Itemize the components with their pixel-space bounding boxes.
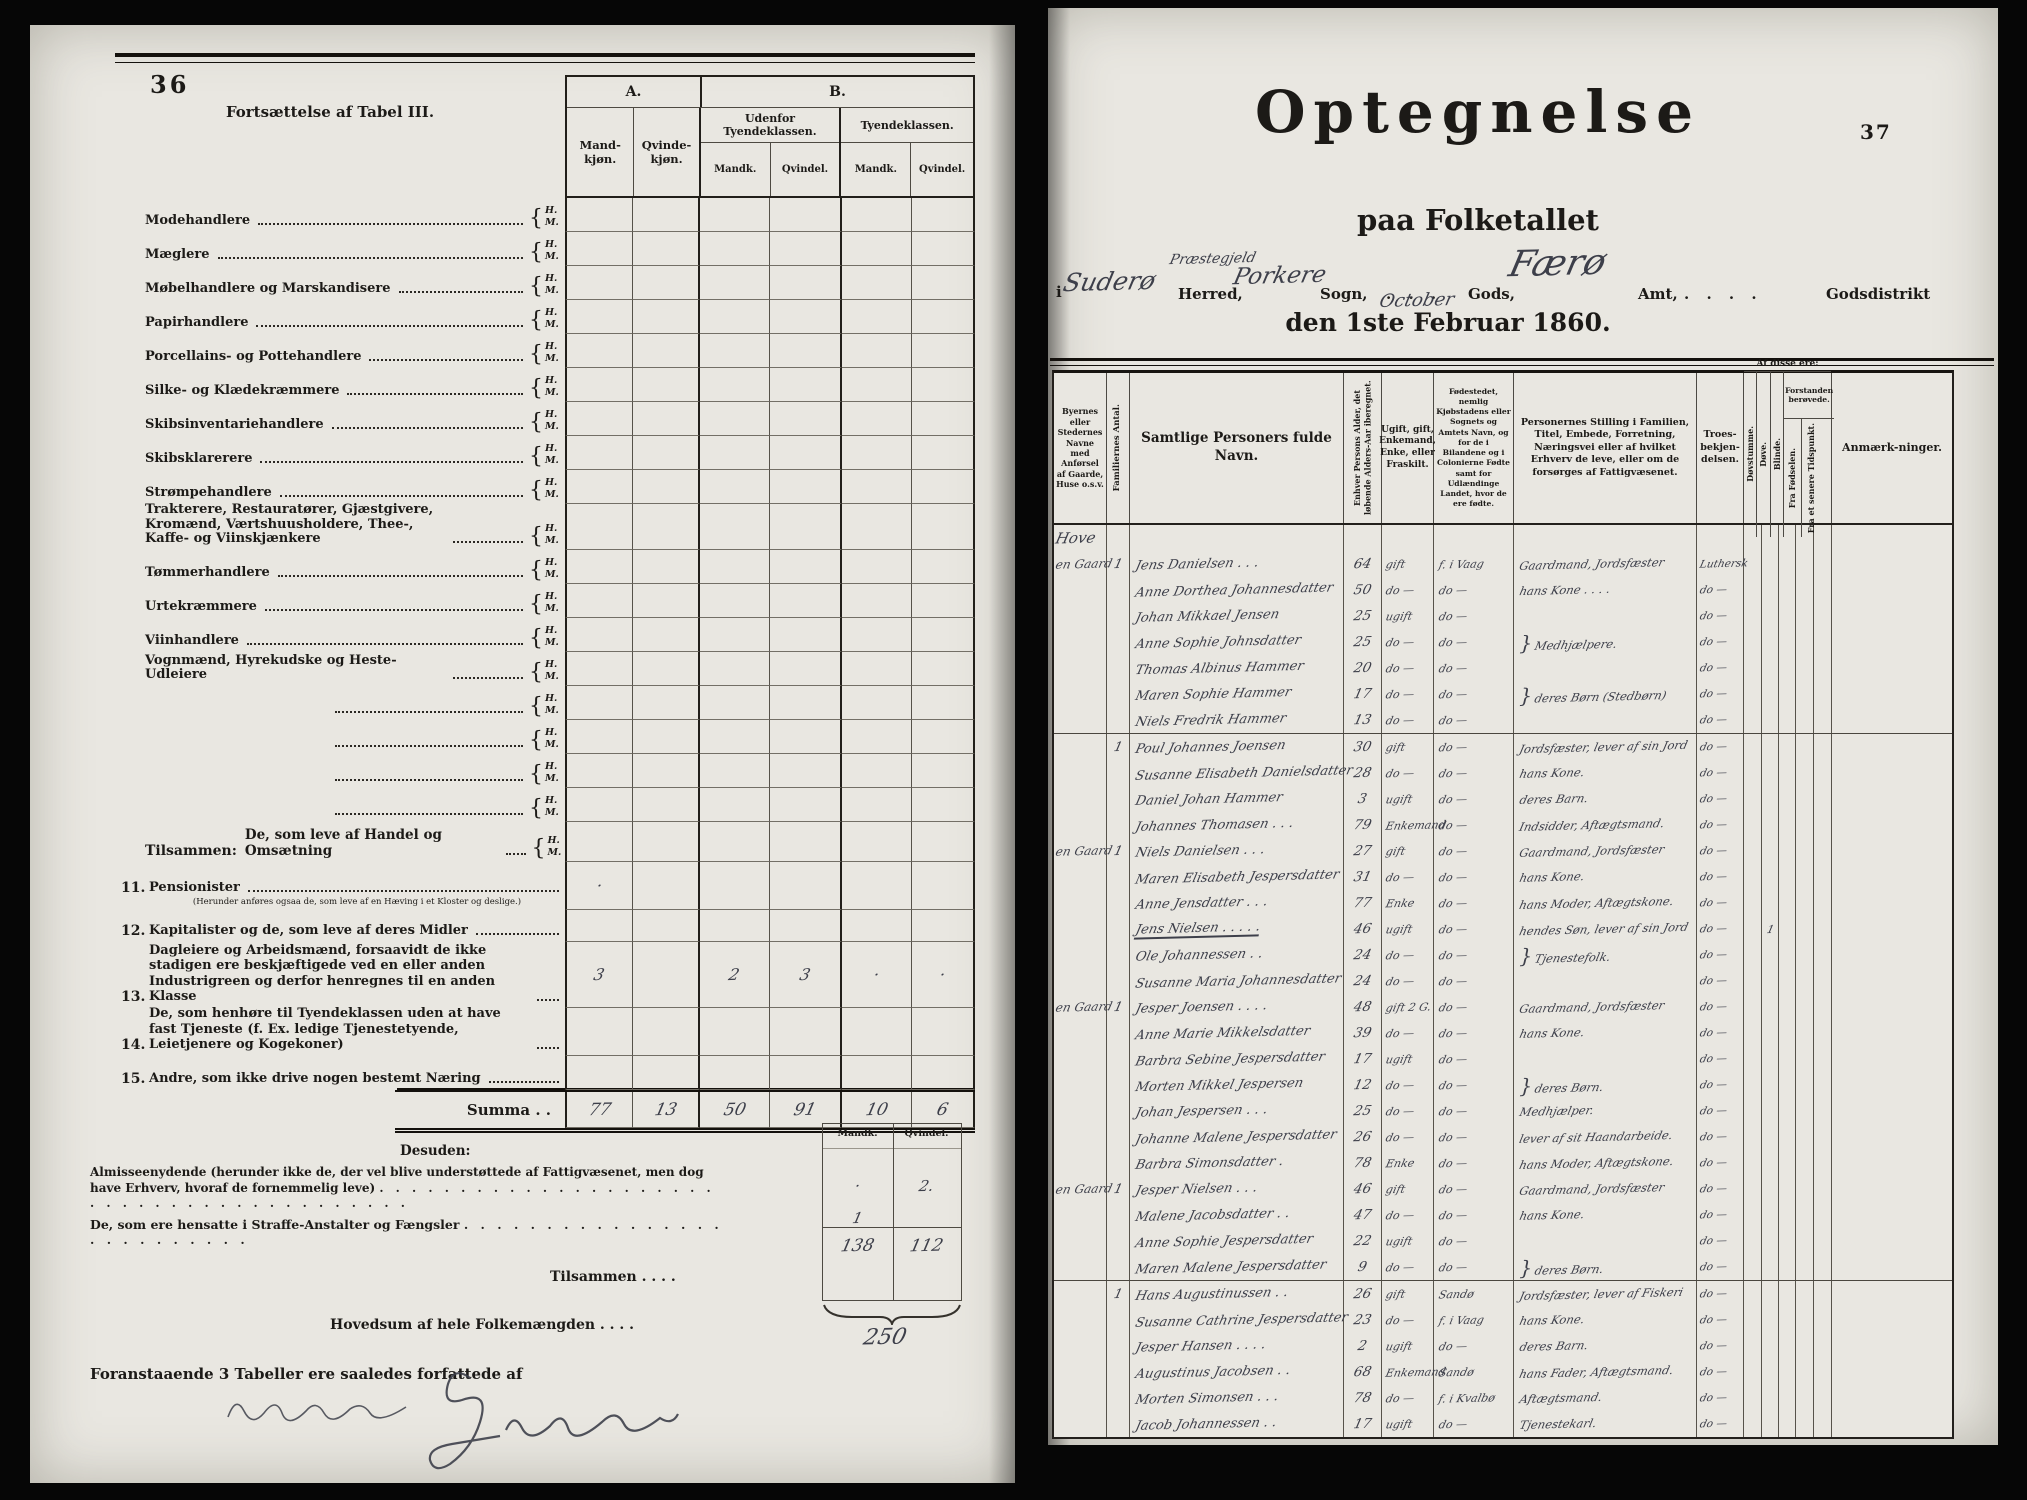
cell-blinde xyxy=(1779,1124,1796,1150)
column-alder: Enhver Persons Alder, det løbende Alders… xyxy=(1351,375,1374,521)
cell-forstanden-senere xyxy=(1814,760,1832,786)
cell-stilling: Aftægtsmand. xyxy=(1514,1385,1697,1411)
cell-blinde xyxy=(1779,681,1796,707)
cell-anmaerkninger xyxy=(1832,942,1952,968)
dotted-leader xyxy=(260,461,523,463)
person-row: Augustinus Jacobsen . . 68 Enkemand Sand… xyxy=(1054,1359,1952,1385)
cell-alder: 20 xyxy=(1344,655,1382,681)
hm-brace: { xyxy=(529,731,543,751)
occupation-label: Vognmænd, Hyrekudske og Heste-Udleiere xyxy=(145,654,445,683)
cell-fodested: Sandø xyxy=(1434,1359,1514,1385)
hm-h: H. xyxy=(545,341,565,353)
cell xyxy=(700,470,770,504)
cell-civilstand: ugift xyxy=(1382,1046,1434,1072)
cell-blinde xyxy=(1779,968,1796,994)
cell-alder: 79 xyxy=(1344,812,1382,838)
cell-forstanden-fodsel xyxy=(1796,603,1814,629)
cell-blinde xyxy=(1779,1046,1796,1072)
cell-forstanden-senere xyxy=(1814,942,1832,968)
tilsammen-text: De, som leve af Handel og Omsætning xyxy=(245,827,498,859)
dotted-leader xyxy=(335,779,523,781)
cell xyxy=(912,686,975,720)
cell-sted xyxy=(1054,629,1107,655)
cell-civilstand: ugift xyxy=(1382,786,1434,812)
cell-fodested: do — xyxy=(1434,707,1514,733)
dotted-leader xyxy=(347,393,523,395)
cell-sted xyxy=(1054,942,1107,968)
cell xyxy=(842,232,912,266)
cell-fodested: do — xyxy=(1434,1046,1514,1072)
cell xyxy=(700,754,770,788)
cell xyxy=(842,822,912,862)
cell-civilstand: gift xyxy=(1382,551,1434,577)
cell-forstanden-fodsel xyxy=(1796,838,1814,864)
hm-m: M. xyxy=(548,847,565,859)
cell-alder: 30 xyxy=(1344,734,1382,760)
item-label: Andre, som ikke drive nogen bestemt Næri… xyxy=(149,1071,481,1087)
cell-forstanden-senere xyxy=(1814,1150,1832,1176)
cell-alder: 77 xyxy=(1344,890,1382,916)
cell-dove xyxy=(1762,1254,1779,1280)
cell-dove xyxy=(1762,1176,1779,1202)
cell-familie-antal xyxy=(1107,1411,1130,1437)
occupation-label-cell: Modehandlere { H.M. xyxy=(115,198,565,232)
occupation-table: A. B. Mand-kjøn. Qvinde-kjøn. Udenfor Ty… xyxy=(115,75,975,1133)
cell-stilling: Medhjælper. xyxy=(1514,1098,1697,1124)
cell: · xyxy=(565,862,633,910)
person-row: Susanne Maria Johannesdatter 24 do — do … xyxy=(1054,968,1952,994)
census-date: den 1ste Februar 1860. xyxy=(1278,308,1618,337)
cell-stilling: }deres Børn (Stedbørn) xyxy=(1514,681,1697,707)
cell-anmaerkninger xyxy=(1832,1228,1952,1254)
cell-navn: Morten Mikkel Jespersen xyxy=(1130,1072,1344,1098)
cell-forstanden-senere xyxy=(1814,1281,1832,1307)
cell-stilling xyxy=(1514,707,1697,733)
cell-familie-antal xyxy=(1107,968,1130,994)
cell-alder: 3 xyxy=(1344,786,1382,812)
occupation-label-cell: Vognmænd, Hyrekudske og Heste-Udleiere {… xyxy=(115,652,565,686)
cell-dove xyxy=(1762,1020,1779,1046)
column-group-a: A. xyxy=(567,77,702,107)
cell: 2 xyxy=(700,942,770,1008)
numbered-item-row: 13. Dagleiere og Arbeidsmænd, forsaavidt… xyxy=(115,942,975,1008)
header-grid: A. B. Mand-kjøn. Qvinde-kjøn. Udenfor Ty… xyxy=(565,75,975,198)
dotted-leader xyxy=(506,853,526,855)
dotted-leader xyxy=(453,677,523,679)
cell-civilstand: gift xyxy=(1382,838,1434,864)
occupation-label: Modehandlere xyxy=(145,214,250,229)
cell-dovstumme xyxy=(1744,603,1762,629)
cell-familie-antal xyxy=(1107,1098,1130,1124)
cell-anmaerkninger xyxy=(1832,890,1952,916)
cell xyxy=(842,584,912,618)
cell-blinde xyxy=(1779,1333,1796,1359)
cell xyxy=(912,436,975,470)
tilsammen-label-cell: Tilsammen: De, som leve af Handel og Oms… xyxy=(115,822,565,862)
cell-fodested: do — xyxy=(1434,577,1514,603)
cell-civilstand: Enkemand xyxy=(1382,1359,1434,1385)
cell-civilstand: gift xyxy=(1382,734,1434,760)
cell-anmaerkninger xyxy=(1832,786,1952,812)
cell-stilling xyxy=(1514,1228,1697,1254)
dotted-leader xyxy=(335,711,523,713)
cell-alder: 9 xyxy=(1344,1254,1382,1280)
hm-h: H. xyxy=(545,375,565,387)
cell-alder: 64 xyxy=(1344,551,1382,577)
cell-dovstumme xyxy=(1744,1202,1762,1228)
person-row: Susanne Elisabeth Danielsdatter 28 do — … xyxy=(1054,760,1952,786)
cell-alder: 2 xyxy=(1344,1333,1382,1359)
cell xyxy=(565,720,633,754)
tyende-label: Tyendeklassen. xyxy=(841,108,973,143)
cell-fodested: do — xyxy=(1434,1411,1514,1437)
cell-alder: 46 xyxy=(1344,1176,1382,1202)
occupation-row: { H.M. xyxy=(115,754,975,788)
udenfor-label: Udenfor Tyendeklassen. xyxy=(701,108,840,143)
cell-forstanden-fodsel xyxy=(1796,707,1814,733)
cell-troesbekjendelse: do — xyxy=(1697,1281,1744,1307)
occupation-label-cell: { H.M. xyxy=(115,754,565,788)
hm-h: H. xyxy=(545,625,565,637)
cell-anmaerkninger xyxy=(1832,551,1952,577)
cell-dovstumme xyxy=(1744,1046,1762,1072)
cell-alder: 24 xyxy=(1344,942,1382,968)
person-row: Barbra Sebine Jespersdatter 17 ugift do … xyxy=(1054,1046,1952,1072)
cell-civilstand: do — xyxy=(1382,577,1434,603)
cell-dove xyxy=(1762,1411,1779,1437)
cell-blinde xyxy=(1779,734,1796,760)
cell xyxy=(633,436,700,470)
cell xyxy=(770,862,842,910)
hm-m: M. xyxy=(545,421,565,433)
cell xyxy=(770,1056,842,1090)
numbered-items: 11. Pensionister (Herunder anføres ogsaa… xyxy=(115,862,975,1090)
column-fodested: Fødestedet, nemlig Kjøbstadens eller Sog… xyxy=(1434,373,1514,523)
cell-dovstumme xyxy=(1744,838,1762,864)
occupation-label: Viinhandlere xyxy=(145,634,239,649)
cell-forstanden-fodsel xyxy=(1796,577,1814,603)
column-qvindekjon: Qvinde-kjøn. xyxy=(634,108,700,196)
cell-dovstumme xyxy=(1744,1359,1762,1385)
cell xyxy=(565,618,633,652)
cell-blinde xyxy=(1779,1202,1796,1228)
cell-fodested: do — xyxy=(1434,942,1514,968)
cell-dovstumme xyxy=(1744,655,1762,681)
occupation-label-cell: Silke- og Klædekræmmere { H.M. xyxy=(115,368,565,402)
cell-dove xyxy=(1762,681,1779,707)
cell-stilling: }deres Børn. xyxy=(1514,1072,1697,1098)
cell-dovstumme xyxy=(1744,942,1762,968)
cell-navn: Johan Jespersen . . . xyxy=(1130,1098,1344,1124)
cell-forstanden-fodsel xyxy=(1796,1228,1814,1254)
right-page-number: 37 xyxy=(1860,120,1892,144)
cell-sted xyxy=(1054,1098,1107,1124)
cell-alder: 31 xyxy=(1344,864,1382,890)
cell-dovstumme xyxy=(1744,864,1762,890)
cell-anmaerkninger xyxy=(1832,655,1952,681)
cell-stilling: deres Barn. xyxy=(1514,786,1697,812)
straffe-mandl: 1 xyxy=(821,1208,894,1228)
cell xyxy=(770,686,842,720)
cell-familie-antal xyxy=(1107,577,1130,603)
cell-blinde xyxy=(1779,994,1796,1020)
cell xyxy=(770,368,842,402)
person-row: Anne Dorthea Johannesdatter 50 do — do —… xyxy=(1054,577,1952,603)
cell xyxy=(700,232,770,266)
dots: . . . . xyxy=(1684,285,1763,303)
cell-fodested: do — xyxy=(1434,1254,1514,1280)
cell xyxy=(842,862,912,910)
cell-anmaerkninger xyxy=(1832,838,1952,864)
cell-sted xyxy=(1054,707,1107,733)
cell-stilling: Gaardmand, Jordsfæster xyxy=(1514,994,1697,1020)
cell-civilstand: do — xyxy=(1382,681,1434,707)
cell-sted xyxy=(1054,890,1107,916)
cell-sted xyxy=(1054,1202,1107,1228)
occupation-row: Mæglere { H.M. xyxy=(115,232,975,266)
cell-troesbekjendelse: do — xyxy=(1697,760,1744,786)
person-row: Susanne Cathrine Jespersdatter 23 do — f… xyxy=(1054,1307,1952,1333)
occupation-row: Urtekræmmere { H.M. xyxy=(115,584,975,618)
cell-troesbekjendelse: do — xyxy=(1697,681,1744,707)
cell-troesbekjendelse: do — xyxy=(1697,812,1744,838)
person-row: Daniel Johan Hammer 3 ugift do — deres B… xyxy=(1054,786,1952,812)
cell-blinde xyxy=(1779,1228,1796,1254)
cell-familie-antal xyxy=(1107,1307,1130,1333)
person-row: Malene Jacobsdatter . . 47 do — do — han… xyxy=(1054,1202,1952,1228)
cell-troesbekjendelse: do — xyxy=(1697,1333,1744,1359)
cell-forstanden-fodsel xyxy=(1796,1098,1814,1124)
cell-alder: 27 xyxy=(1344,838,1382,864)
cell xyxy=(700,652,770,686)
numbered-item-row: 12. Kapitalister og de, som leve af dere… xyxy=(115,910,975,942)
cell-troesbekjendelse: do — xyxy=(1697,864,1744,890)
hm-h: H. xyxy=(545,307,565,319)
desuden-title: Desuden: xyxy=(400,1143,471,1159)
cell xyxy=(633,470,700,504)
cell xyxy=(770,436,842,470)
item-label: Pensionister xyxy=(149,880,240,896)
cell-civilstand: ugift xyxy=(1382,1411,1434,1437)
cell-blinde xyxy=(1779,551,1796,577)
numbered-item-row: 15. Andre, som ikke drive nogen bestemt … xyxy=(115,1056,975,1090)
cell xyxy=(633,862,700,910)
cell-dovstumme xyxy=(1744,1254,1762,1280)
occupation-label: Silke- og Klædekræmmere xyxy=(145,384,339,399)
cell-anmaerkninger xyxy=(1832,916,1952,942)
cell xyxy=(565,470,633,504)
cell-dove xyxy=(1762,1359,1779,1385)
cell-anmaerkninger xyxy=(1832,1046,1952,1072)
occupation-row: Papirhandlere { H.M. xyxy=(115,300,975,334)
cell-dove xyxy=(1762,1202,1779,1228)
cell-sted xyxy=(1054,1333,1107,1359)
person-row: Jens Nielsen . . . . . 46 ugift do — hen… xyxy=(1054,916,1952,942)
cell-civilstand: do — xyxy=(1382,1307,1434,1333)
cell-dovstumme xyxy=(1744,1020,1762,1046)
cell xyxy=(842,198,912,232)
cell-anmaerkninger xyxy=(1832,1333,1952,1359)
cell-anmaerkninger xyxy=(1832,864,1952,890)
cell-familie-antal xyxy=(1107,707,1130,733)
column-forstanden-berovede: Forstanden berøvede. xyxy=(1784,372,1834,419)
cell-familie-antal xyxy=(1107,1150,1130,1176)
cell-anmaerkninger xyxy=(1832,968,1952,994)
census-subtitle: paa Folketallet xyxy=(1198,203,1758,237)
cell-sted xyxy=(1054,916,1107,942)
hm-h: H. xyxy=(545,273,565,285)
cell-troesbekjendelse: do — xyxy=(1697,1385,1744,1411)
hm-m: M. xyxy=(545,603,565,615)
cell xyxy=(770,300,842,334)
hm-m: M. xyxy=(545,807,565,819)
person-row: Maren Sophie Hammer 17 do — do — }deres … xyxy=(1054,681,1952,707)
occupation-label: Skibsinventariehandlere xyxy=(145,418,324,433)
cell xyxy=(633,720,700,754)
cell-familie-antal xyxy=(1107,655,1130,681)
cell-forstanden-fodsel xyxy=(1796,1072,1814,1098)
occupation-label-cell: Viinhandlere { H.M. xyxy=(115,618,565,652)
cell-fodested: do — xyxy=(1434,838,1514,864)
column-dove: Døve. xyxy=(1757,438,1769,471)
cell-troesbekjendelse: do — xyxy=(1697,942,1744,968)
tilsammen-qvindel: 112 xyxy=(890,1235,964,1257)
cell-sted xyxy=(1054,1020,1107,1046)
cell xyxy=(633,686,700,720)
cell-sted xyxy=(1054,1150,1107,1176)
cell xyxy=(842,300,912,334)
hm-h: H. xyxy=(545,557,565,569)
cell xyxy=(842,754,912,788)
amt-handwritten: Færø xyxy=(1505,242,1610,285)
cell-alder: 23 xyxy=(1344,1307,1382,1333)
person-row: Maren Malene Jespersdatter 9 do — do — }… xyxy=(1054,1254,1952,1281)
cell-troesbekjendelse: do — xyxy=(1697,707,1744,733)
cell-blinde xyxy=(1779,707,1796,733)
cell-forstanden-fodsel xyxy=(1796,1333,1814,1359)
cell-stilling xyxy=(1514,968,1697,994)
person-row: Ole Johannessen . . 24 do — do — }Tjenes… xyxy=(1054,942,1952,968)
dotted-leader xyxy=(218,257,524,259)
cell-fodested: f. i Vaag xyxy=(1434,551,1514,577)
cell xyxy=(842,402,912,436)
cell xyxy=(842,334,912,368)
cell-dovstumme xyxy=(1744,1228,1762,1254)
cell xyxy=(912,266,975,300)
item-label-cell: 12. Kapitalister og de, som leve af dere… xyxy=(115,910,565,942)
cell-civilstand: do — xyxy=(1382,968,1434,994)
cell-stilling: }deres Børn. xyxy=(1514,1254,1697,1280)
cell-sted xyxy=(1054,1411,1107,1437)
cell-fodested: do — xyxy=(1434,1098,1514,1124)
godsdistrikt-label: Godsdistrikt xyxy=(1826,285,1930,303)
column-group-b: B. xyxy=(702,77,973,107)
cell-sted xyxy=(1054,577,1107,603)
cell-forstanden-senere xyxy=(1814,577,1832,603)
person-row: Johan Jespersen . . . 25 do — do — Medhj… xyxy=(1054,1098,1952,1124)
cell-sted xyxy=(1054,734,1107,760)
cell-stilling: hans Fader, Aftægtsmand. xyxy=(1514,1359,1697,1385)
cell-troesbekjendelse: do — xyxy=(1697,1254,1744,1280)
cell xyxy=(700,504,770,550)
cell-dove xyxy=(1762,551,1779,577)
hm-h: H. xyxy=(545,795,565,807)
cell-navn: Susanne Cathrine Jespersdatter xyxy=(1130,1307,1344,1333)
dotted-leader xyxy=(369,359,523,361)
cell-dovstumme xyxy=(1744,1385,1762,1411)
cell-forstanden-senere xyxy=(1814,1046,1832,1072)
person-row: Johanne Malene Jespersdatter 26 do — do … xyxy=(1054,1124,1952,1150)
cell-blinde xyxy=(1779,916,1796,942)
cell-troesbekjendelse: do — xyxy=(1697,1228,1744,1254)
dotted-leader xyxy=(256,325,523,327)
occupation-label-cell: Strømpehandlere { H.M. xyxy=(115,470,565,504)
summa-udenfor-qvindel: 91 xyxy=(792,1099,818,1120)
cell-navn: Jesper Hansen . . . . xyxy=(1130,1333,1344,1359)
summa-udenfor-mandl: 50 xyxy=(721,1099,747,1120)
cell-forstanden-fodsel xyxy=(1796,812,1814,838)
dotted-leader xyxy=(537,999,559,1001)
cell-anmaerkninger xyxy=(1832,812,1952,838)
item-label: Kapitalister og de, som leve af deres Mi… xyxy=(149,923,468,939)
cell xyxy=(700,402,770,436)
cell xyxy=(633,942,700,1008)
hm-m: M. xyxy=(545,387,565,399)
column-fra-senere: Fra et senere Tidspunkt. xyxy=(1805,419,1817,537)
cell xyxy=(770,720,842,754)
hm-m: M. xyxy=(545,569,565,581)
cell-civilstand: gift xyxy=(1382,1176,1434,1202)
cell-dove xyxy=(1762,1124,1779,1150)
hm-m: M. xyxy=(545,705,565,717)
cell xyxy=(770,788,842,822)
column-tyende-qvindel: Qvindel. xyxy=(911,143,973,196)
cell-anmaerkninger xyxy=(1832,1254,1952,1280)
item-label: Dagleiere og Arbeidsmænd, forsaavidt de … xyxy=(149,943,529,1005)
cell-alder: 24 xyxy=(1344,968,1382,994)
cell: · xyxy=(842,942,912,1008)
subtable-col-mandl: Mandk. xyxy=(823,1124,892,1148)
cell-forstanden-fodsel xyxy=(1796,968,1814,994)
item-label-cell: 13. Dagleiere og Arbeidsmænd, forsaavidt… xyxy=(115,942,565,1008)
cell-stilling: Tjenestekarl. xyxy=(1514,1411,1697,1437)
cell xyxy=(842,652,912,686)
person-row: Morten Mikkel Jespersen 12 do — do — }de… xyxy=(1054,1072,1952,1098)
cell xyxy=(565,368,633,402)
cell xyxy=(842,436,912,470)
cell-forstanden-fodsel xyxy=(1796,1020,1814,1046)
cell-stilling xyxy=(1514,1046,1697,1072)
cell-troesbekjendelse: do — xyxy=(1697,629,1744,655)
cell xyxy=(912,652,975,686)
cell-blinde xyxy=(1779,1359,1796,1385)
cell-forstanden-fodsel xyxy=(1796,1176,1814,1202)
hm-brace: { xyxy=(529,413,543,433)
hm-brace: { xyxy=(529,595,543,615)
cell xyxy=(633,266,700,300)
cell-troesbekjendelse: do — xyxy=(1697,890,1744,916)
cell-navn: Johan Mikkael Jensen xyxy=(1130,603,1344,629)
dotted-leader xyxy=(335,813,523,815)
dotted-leader xyxy=(453,541,523,543)
cell-blinde xyxy=(1779,838,1796,864)
cell-troesbekjendelse: do — xyxy=(1697,1020,1744,1046)
cell-sted xyxy=(1054,1359,1107,1385)
location-line: i Suderø Præstegjeld Herred, Porkere Sog… xyxy=(1048,243,1998,313)
cell-dove xyxy=(1762,1385,1779,1411)
cell-dove xyxy=(1762,1307,1779,1333)
cell-familie-antal xyxy=(1107,812,1130,838)
